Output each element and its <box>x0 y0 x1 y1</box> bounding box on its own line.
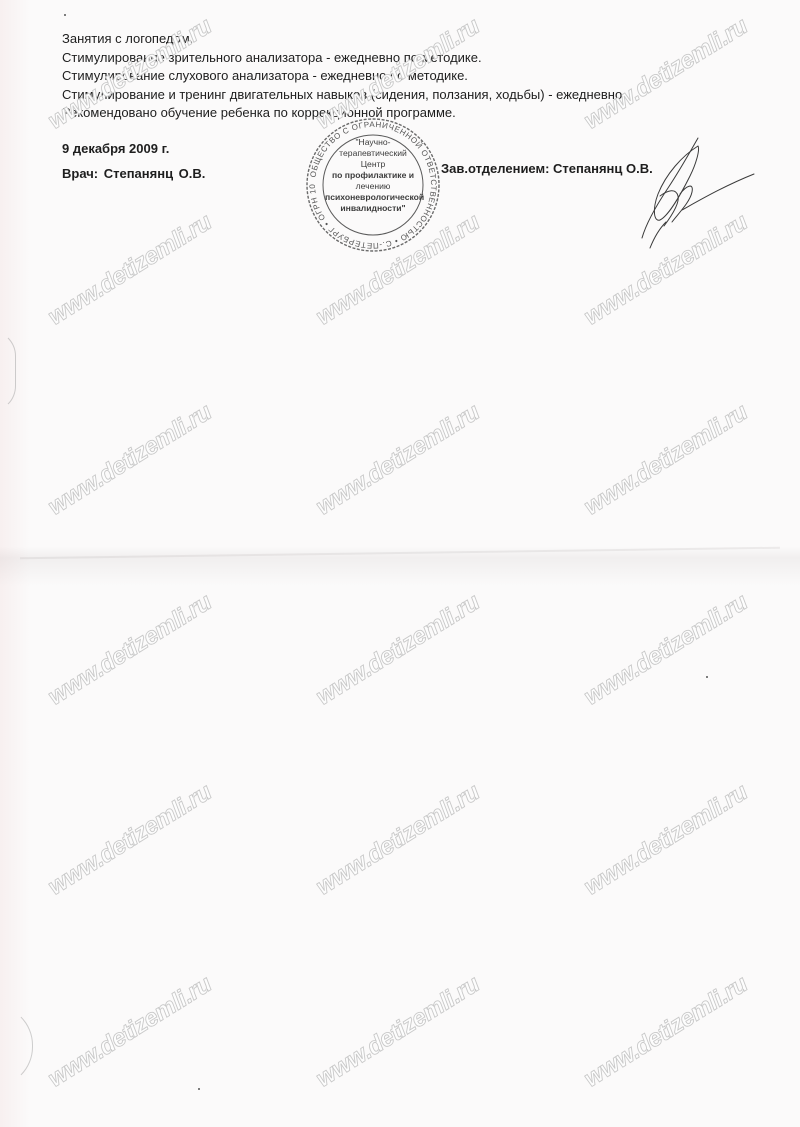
stamp-line: Центр <box>325 159 421 170</box>
stamp-line: психоневрологической <box>325 192 421 203</box>
stamp-line: по профилактике и <box>325 170 421 181</box>
signature-icon <box>620 130 760 255</box>
stamp-line: инвалидности" <box>325 203 421 214</box>
scan-speck <box>706 676 708 678</box>
watermark-text: www.detizemli.ru <box>29 200 230 340</box>
watermark-text: www.detizemli.ru <box>565 770 766 910</box>
recommendation-item: Занятия с логопедом. <box>62 30 626 49</box>
paper-fold-line <box>20 547 780 560</box>
scan-speck <box>198 1088 200 1090</box>
watermark-text: www.detizemli.ru <box>29 580 230 720</box>
watermark-text: www.detizemli.ru <box>565 580 766 720</box>
watermark-text: www.detizemli.ru <box>29 770 230 910</box>
paper-edge-curl <box>0 330 16 412</box>
stamp-line: лечению <box>325 181 421 192</box>
watermark-text: www.detizemli.ru <box>297 962 498 1102</box>
paper-edge-curl <box>0 1005 33 1087</box>
watermark-text: www.detizemli.ru <box>565 390 766 530</box>
official-stamp: ОБЩЕСТВО С ОГРАНИЧЕННОЙ ОТВЕТСТВЕННОСТЬЮ… <box>305 115 441 255</box>
watermark-text: www.detizemli.ru <box>297 390 498 530</box>
watermark-text: www.detizemli.ru <box>29 962 230 1102</box>
doctor-name: Врач: Степанянц О.В. <box>62 166 205 181</box>
watermark-text: www.detizemli.ru <box>565 962 766 1102</box>
stamp-line: терапевтический <box>325 148 421 159</box>
recommendation-item: Стимулирование зрительного анализатора -… <box>62 49 626 68</box>
recommendation-item: Стимулирование и тренинг двигательных на… <box>62 86 626 105</box>
watermark-text: www.detizemli.ru <box>29 390 230 530</box>
watermark-text: www.detizemli.ru <box>297 580 498 720</box>
watermark-text: www.detizemli.ru <box>297 770 498 910</box>
recommendations-list: Занятия с логопедом. Стимулирование зрит… <box>62 30 626 123</box>
document-date: 9 декабря 2009 г. <box>62 141 169 156</box>
scan-speck <box>64 14 66 16</box>
stamp-center-text: "Научно- терапевтический Центр по профил… <box>325 137 421 214</box>
recommendation-item: Стимулирование слухового анализатора - е… <box>62 67 626 86</box>
stamp-line: "Научно- <box>325 137 421 148</box>
handwritten-signature <box>620 130 760 255</box>
scanned-page: Занятия с логопедом. Стимулирование зрит… <box>0 0 800 1127</box>
